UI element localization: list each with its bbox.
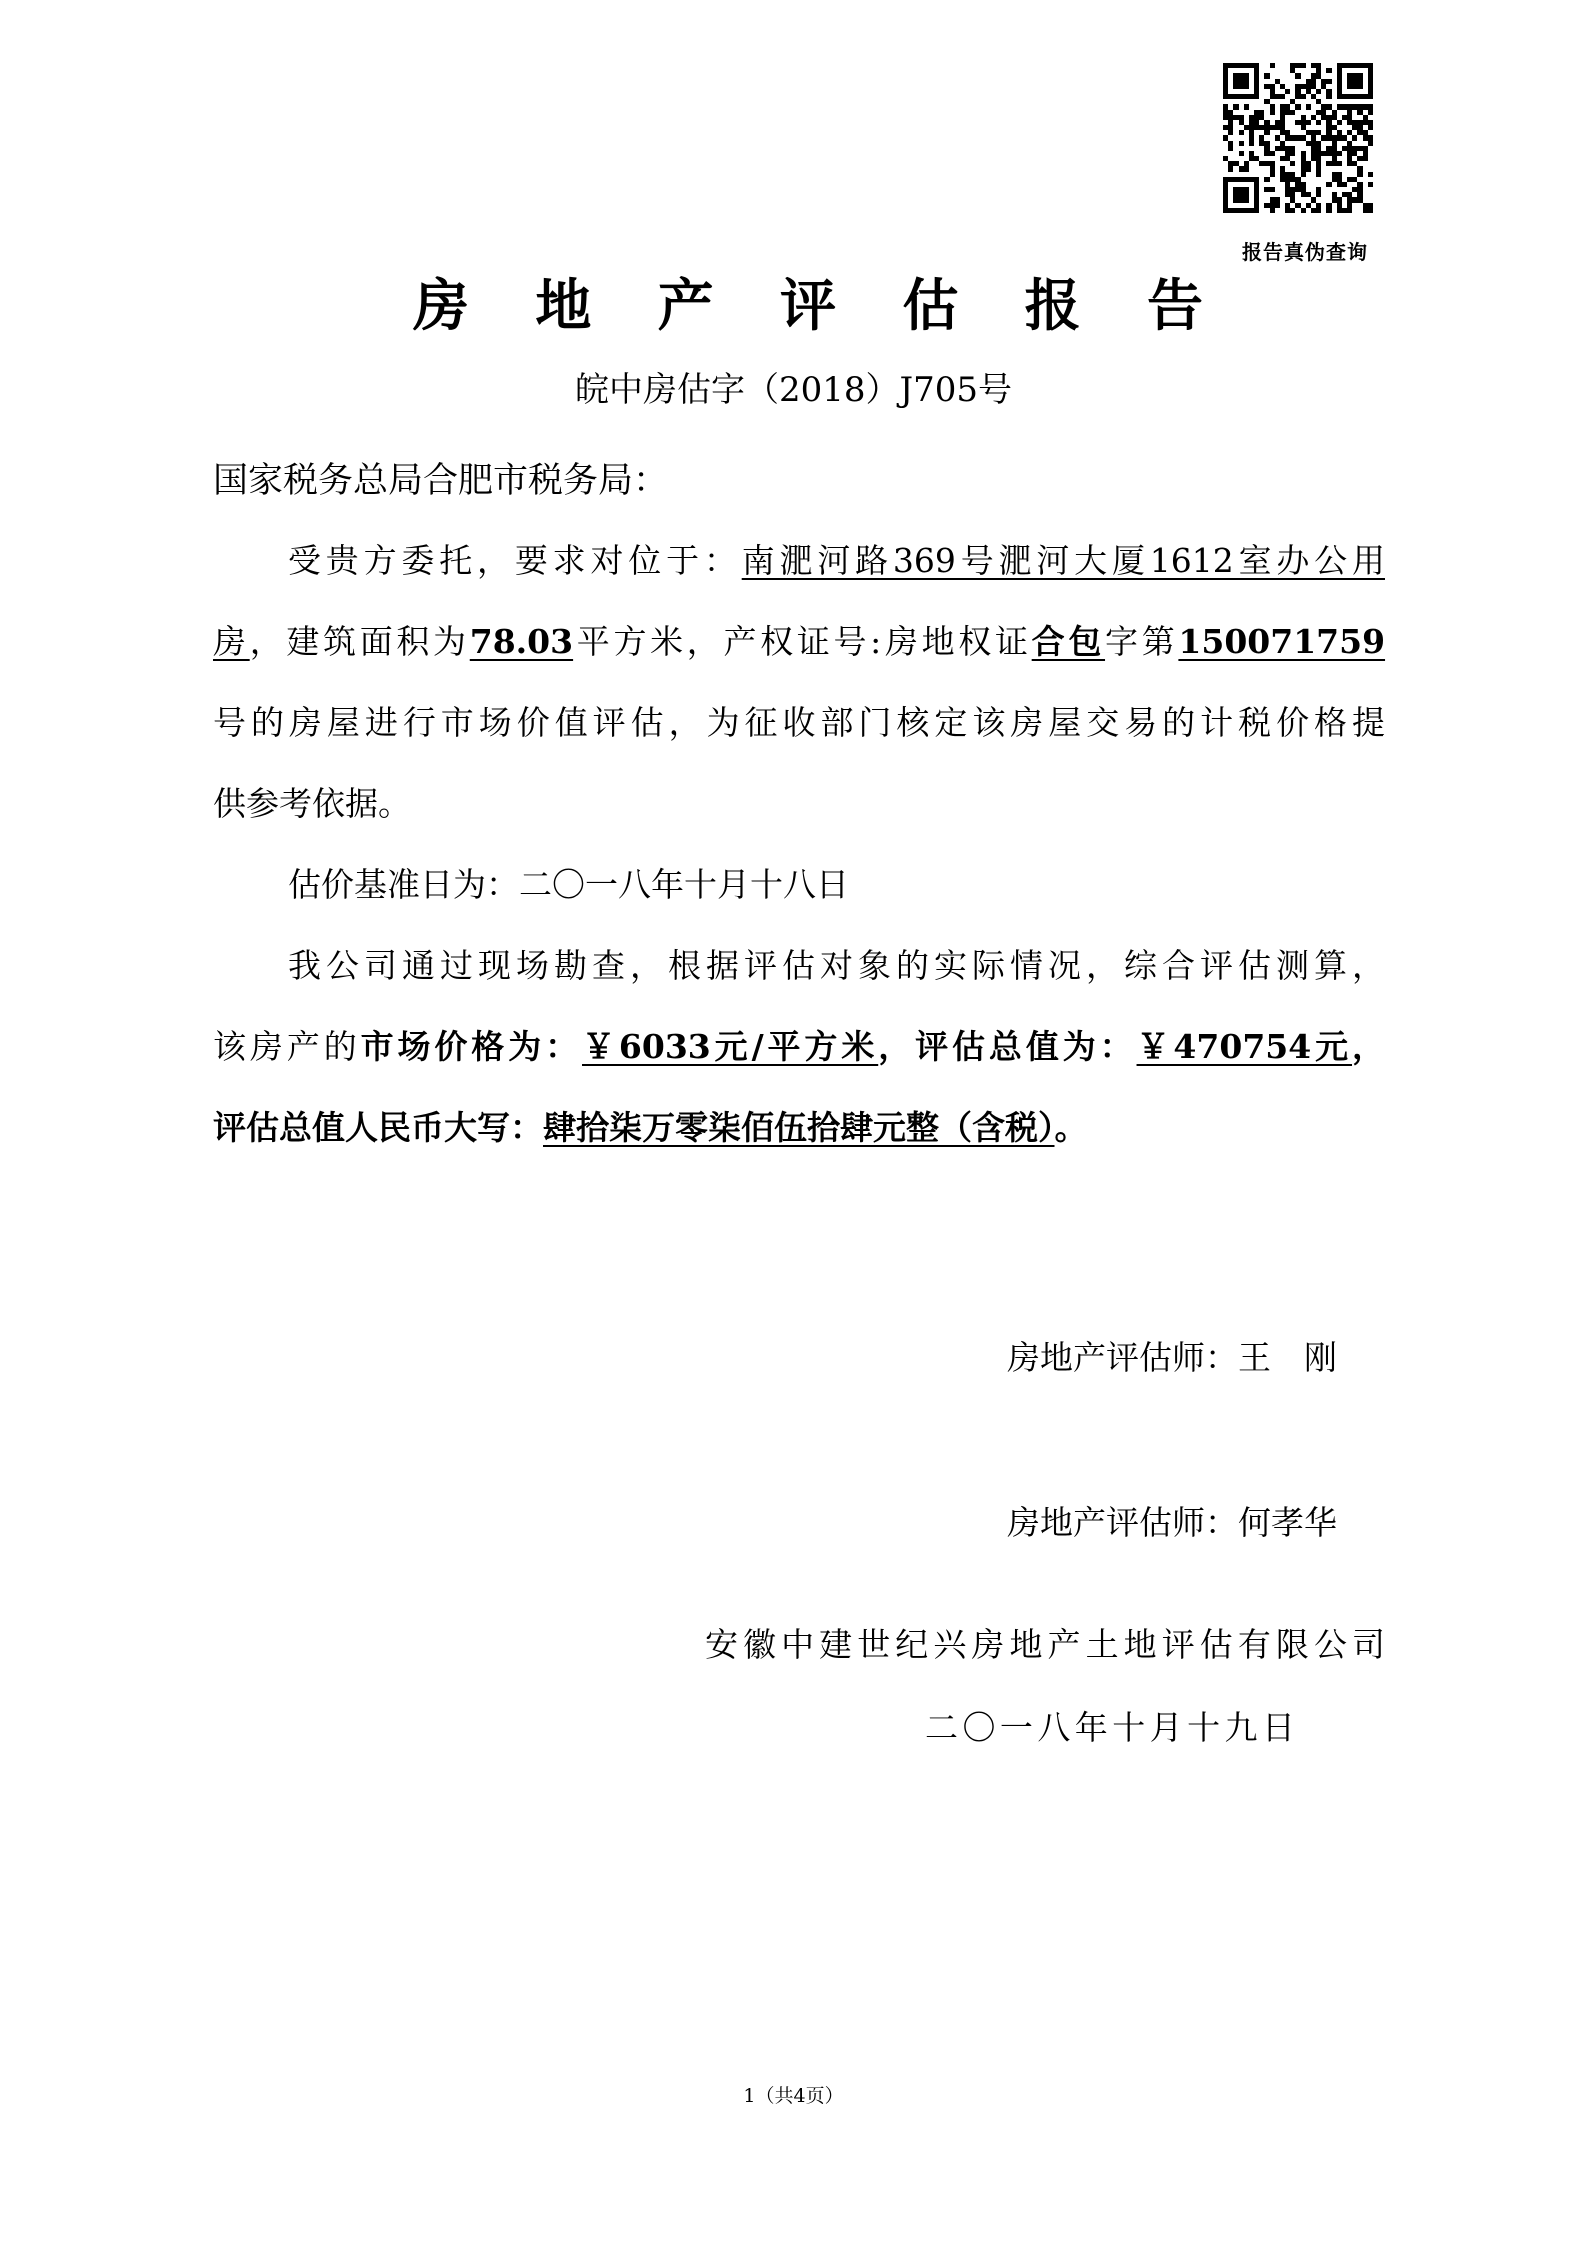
qr-code — [1223, 63, 1373, 213]
paragraph-line: 供参考依据。 — [213, 780, 1385, 828]
text: 。 — [1055, 1108, 1088, 1147]
appraiser-label: 房地产评估师： — [1007, 1503, 1238, 1542]
valuation-date: 二〇一八年十月十八日 — [519, 865, 849, 904]
total-words-label: 评估总值人民币大写： — [213, 1108, 543, 1147]
text: 字第 — [1105, 622, 1178, 661]
title-char: 地 — [535, 272, 591, 342]
appraiser-2: 房地产评估师：何孝华 — [986, 1451, 1337, 1547]
text: 受贵方委托，要求对位于： — [288, 541, 742, 580]
property-address-cont: 房 — [213, 622, 250, 661]
market-price: ￥6033元/平方米 — [582, 1027, 878, 1066]
building-area: 78.03 — [470, 622, 573, 661]
paragraph-line: 受贵方委托，要求对位于：南淝河路369号淝河大厦1612室办公用 — [213, 537, 1385, 585]
addressee: 国家税务总局合肥市税务局： — [213, 456, 668, 506]
conclusion-line: 我公司通过现场勘查，根据评估对象的实际情况，综合评估测算， — [213, 942, 1385, 990]
qr-label: 报告真伪查询 — [1220, 236, 1390, 265]
conclusion-line: 该房产的市场价格为：￥6033元/平方米，评估总值为：￥470754元， — [213, 1023, 1385, 1071]
page-title: 房 地 产 评 估 报 告 — [413, 272, 1203, 342]
title-char: 房 — [413, 272, 469, 342]
title-char: 估 — [902, 272, 958, 342]
page-number: 1（共4页） — [0, 2083, 1587, 2109]
appraiser-label: 房地产评估师： — [1007, 1338, 1238, 1377]
paragraph-line: 房，建筑面积为78.03平方米，产权证号:房地权证合包字第150071759 — [213, 618, 1385, 666]
market-price-label: 市场价格为： — [361, 1027, 582, 1066]
text: 该房产的 — [213, 1027, 361, 1066]
conclusion-line: 评估总值人民币大写：肆拾柒万零柒佰伍拾肆元整（含税）。 — [213, 1104, 1385, 1152]
certificate-number: 150071759 — [1178, 622, 1385, 661]
title-char: 产 — [658, 272, 714, 342]
total-value-words: 肆拾柒万零柒佰伍拾肆元整（含税） — [543, 1108, 1055, 1147]
text: ， — [878, 1027, 915, 1066]
appraiser-1: 房地产评估师：王 刚 — [986, 1286, 1337, 1382]
total-value-label: 评估总值为： — [915, 1027, 1136, 1066]
document-number: 皖中房估字（2018）J705号 — [0, 366, 1587, 414]
report-date: 二〇一八年十月十九日 — [925, 1704, 1295, 1752]
certificate-prefix: 合包 — [1032, 622, 1105, 661]
property-address: 南淝河路369号淝河大厦1612室办公用 — [742, 541, 1385, 580]
appraiser-name: 王 刚 — [1238, 1338, 1337, 1377]
text: 平方米，产权证号:房地权证 — [573, 622, 1032, 661]
appraiser-name: 何孝华 — [1238, 1503, 1337, 1542]
paragraph-line: 号的房屋进行市场价值评估，为征收部门核定该房屋交易的计税价格提 — [213, 699, 1385, 747]
qr-module — [1368, 208, 1373, 213]
valuation-date-label: 估价基准日为： — [288, 865, 519, 904]
valuation-date-line: 估价基准日为：二〇一八年十月十八日 — [213, 861, 1385, 909]
title-char: 评 — [780, 272, 836, 342]
title-char: 告 — [1147, 272, 1203, 342]
company-name: 安徽中建世纪兴房地产土地评估有限公司 — [705, 1621, 1385, 1669]
total-value: ￥470754元 — [1137, 1027, 1352, 1066]
text: ， — [1352, 1027, 1385, 1066]
text: ，建筑面积为 — [250, 622, 470, 661]
title-char: 报 — [1025, 272, 1081, 342]
